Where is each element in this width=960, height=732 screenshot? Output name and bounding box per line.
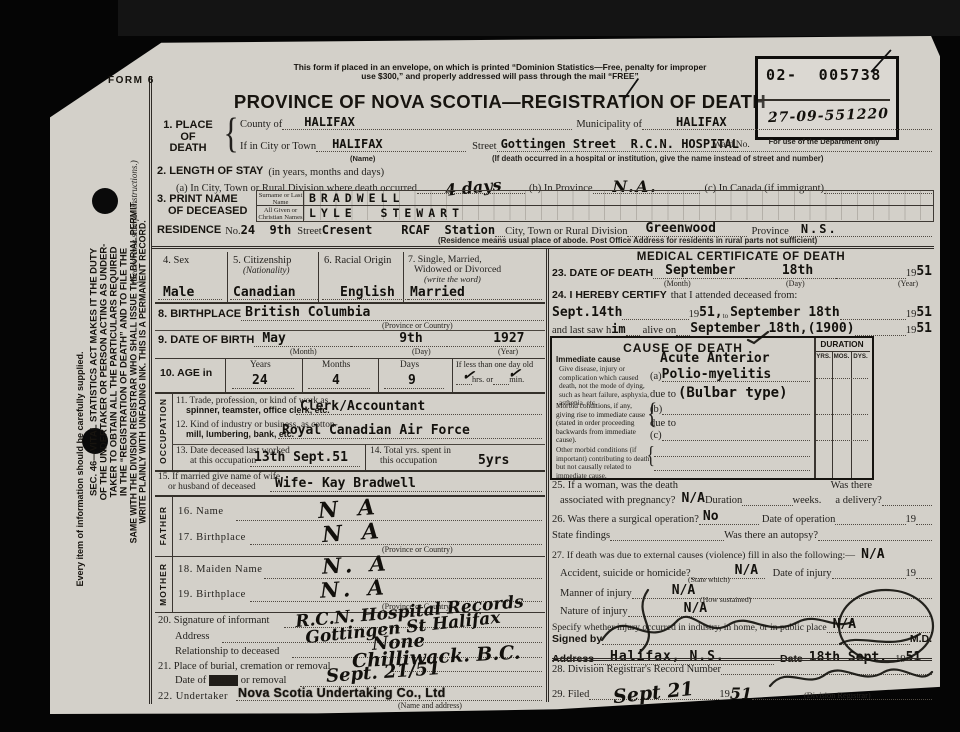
certify-to-label: to (723, 313, 728, 320)
pregnancy-row-1: 25. If a woman, was the death Was there (552, 480, 932, 491)
stay-heading-row: 2. LENGTH OF STAY (in years, months and … (157, 166, 384, 178)
cause-a-due-value: (Bulbar type) (678, 386, 788, 400)
scan-check-mark (746, 330, 770, 344)
age-years-header: Years (250, 361, 271, 371)
mother-side-label: MOTHER (159, 563, 168, 606)
spouse-value: Wife- Kay Bradwell (275, 477, 416, 490)
death-date-row: 23. DATE OF DEATH September 18th 19 51 (552, 264, 932, 279)
birthdate-label: 9. DATE OF BIRTH (158, 335, 254, 347)
certify-heading-row: 24. I HEREBY CERTIFY that I attended dec… (552, 290, 797, 301)
sidebar-divider (149, 76, 152, 704)
pregnancy-label-1: 25. If a woman, was the death (552, 480, 678, 491)
findings-row: State findings Was there an autopsy? (552, 530, 932, 541)
certify-dates-row: Sept.14th 19 51, to September 18th 19 51 (552, 306, 932, 320)
stay-heading: 2. LENGTH OF STAY (157, 166, 263, 178)
mail-note-line2: use $300,” and properly addressed will p… (210, 72, 790, 81)
last-seen-him: im (611, 323, 625, 335)
residence-no-value: 24 9th (241, 224, 292, 236)
residence-division-value: Greenwood (645, 222, 715, 235)
burial-date-label-row: Date of burial or removal (175, 675, 286, 686)
death-year-pre: 19 (906, 268, 917, 279)
age-months-value: 4 (332, 374, 340, 387)
hrs-label: hrs. or (472, 376, 493, 385)
scan-top-shadow (118, 0, 960, 36)
cause-a-value: Polio-myelitis (662, 368, 772, 381)
surname-value: BRADWELL (309, 193, 404, 205)
cause-c-row: (c) (650, 430, 810, 441)
injury-date-label: Date of injury (773, 568, 832, 579)
registrar-signature-scrawl (766, 662, 936, 694)
age-label: 10. AGE in (160, 368, 212, 379)
municipality-label: Municipality of (576, 119, 642, 130)
mother-maiden-label: 18. Maiden Name (178, 564, 263, 575)
certify-label-rest: that I attended deceased from: (671, 290, 798, 301)
certify-to-value: September 18th (730, 306, 840, 319)
death-date-day: 18th (782, 264, 813, 277)
age-check-mark: ✓ (507, 365, 522, 382)
name-heading-2: OF DECEASED (168, 206, 247, 218)
ward-label: Ward No. (713, 141, 750, 151)
external-value: N/A (861, 548, 884, 561)
certify-from-value: Sept.14th (552, 306, 622, 319)
hospital-note: (If death occurred in a hospital or inst… (492, 155, 823, 163)
death-month-caption: (Month) (664, 280, 691, 288)
findings-label: State findings (552, 530, 610, 541)
certify-y2-pre: 19 (906, 309, 917, 320)
industry-value: Royal Canadian Air Force (282, 424, 470, 437)
name-grid: Surname or Last Name All Given or Christ… (256, 190, 934, 222)
cause-a-due-label: due to (650, 389, 676, 400)
father-side-label: FATHER (159, 506, 168, 545)
duration-col-dys: DYS. (852, 354, 869, 360)
city-value: HALIFAX (332, 138, 383, 150)
birthplace-value: British Columbia (245, 306, 370, 319)
page-title: PROVINCE OF NOVA SCOTIA—REGISTRATION OF … (210, 92, 790, 111)
stay-heading-sub: (in years, months and days) (268, 167, 384, 178)
residence-street-label: Street (297, 226, 322, 237)
mother-side-cell: MOTHER (155, 556, 173, 612)
accident-row: Accident, suicide or homicide? N/A Date … (560, 564, 932, 579)
filed-year-pre: 19 (719, 689, 730, 700)
birthplace-label: 8. BIRTHPLACE (158, 309, 241, 321)
section-divider (152, 246, 934, 249)
filed-value: Sept 21 (613, 680, 695, 707)
street-value: Gottingen Street R.C.N. HOSPITAL (501, 138, 739, 150)
informant-address-label: Address (175, 631, 209, 642)
external-row: 27. If death was due to external causes … (552, 548, 932, 561)
place-city-row: If in City or Town HALIFAX Street Gottin… (240, 138, 932, 152)
last-worked-value: 13th Sept.51 (254, 451, 348, 464)
age-days-header: Days (400, 361, 419, 371)
other-morbid-text: Other morbid conditions (if important) c… (556, 446, 650, 480)
father-side-cell: FATHER (155, 496, 173, 556)
place-label: 1. PLACE OF DEATH (157, 120, 219, 155)
operation-value: No (703, 510, 719, 523)
pregnancy-duration-label: Duration (705, 495, 742, 506)
birthdate-month: May (262, 332, 285, 345)
weeks-label: weeks. (793, 495, 822, 506)
father-birthplace-value: N A (321, 520, 385, 546)
form-number: FORM 6 (108, 76, 155, 87)
cause-b-prefix: (b) (650, 404, 662, 415)
autopsy-label: Was there an autopsy? (724, 530, 818, 541)
undertaker-value: Nova Scotia Undertaking Co., Ltd (238, 687, 446, 700)
certify-y2: 51 (916, 306, 932, 319)
father-birthplace-caption: (Province or Country) (382, 546, 453, 554)
last-seen-y3-pre: 19 (906, 325, 917, 336)
birthplace-row: 8. BIRTHPLACE British Columbia (158, 306, 544, 321)
occupation-side-cell: OCCUPATION (155, 392, 173, 470)
residence-row: RESIDENCE No. 24 9th Street Cresent RCAF… (157, 222, 932, 237)
undertaker-caption: (Name and address) (398, 702, 462, 710)
day-caption: (Day) (412, 348, 431, 356)
delivery-label-1: Was there (831, 480, 872, 491)
burial-date-label-2: burial (209, 675, 238, 686)
last-seen-y3: 51 (916, 322, 932, 335)
mail-note: This form if placed in an envelope, on w… (210, 63, 790, 81)
duration-header: DURATION (814, 340, 870, 349)
burial-date-label-3: or removal (241, 675, 287, 686)
certify-y1-pre: 19 (689, 309, 700, 320)
certify-label-bold: 24. I HEREBY CERTIFY (552, 290, 667, 301)
citizenship-value: Canadian (233, 286, 296, 299)
last-seen-label-1: and last saw h (552, 325, 611, 336)
spouse-label-2: or husband of deceased (168, 483, 256, 493)
cause-c-prefix: (c) (650, 430, 662, 441)
place-county-row: County of HALIFAX Municipality of HALIFA… (240, 116, 932, 130)
medical-heading: MEDICAL CERTIFICATE OF DEATH (548, 251, 934, 263)
given-value: LYLE STEWART (309, 208, 464, 220)
birthdate-year: 1927 (493, 332, 524, 345)
name-heading-1: 3. PRINT NAME (157, 194, 238, 206)
age-years-value: 24 (252, 374, 268, 387)
city-label: If in City or Town (240, 141, 316, 152)
pregnancy-row-2: associated with pregnancy? N/A Duration … (560, 492, 932, 506)
year-caption: (Year) (498, 348, 518, 356)
death-year-caption: (Year) (898, 280, 918, 288)
city-name-caption: (Name) (350, 155, 375, 163)
department-stamp-number: 02- 005738 (766, 68, 882, 83)
md-signature-scrawl (590, 582, 940, 668)
sex-label: 4. Sex (163, 255, 189, 266)
cause-a-top-value: Acute Anterior (660, 352, 770, 365)
birthdate-row: 9. DATE OF BIRTH May 9th 1927 (158, 332, 544, 347)
marital-value: Married (410, 286, 465, 299)
cause-b-due-label: due to (650, 418, 676, 429)
accident-label: Accident, suicide or homicide? (560, 568, 691, 579)
month-caption: (Month) (290, 348, 317, 356)
see-reverse-note: (See reverse side for instructions.) (130, 102, 142, 342)
municipality-value: HALIFAX (676, 116, 727, 128)
external-label: 27. If death was due to external causes … (552, 551, 855, 561)
birthdate-day: 9th (399, 332, 422, 345)
residence-street-value: Cresent RCAF Station (322, 224, 495, 236)
scanned-death-certificate: SEC. 46—VITAL STATISTICS ACT MAKES IT TH… (0, 0, 960, 732)
operation-date-label: Date of operation (762, 514, 835, 525)
birthplace-caption: (Province or Country) (382, 322, 453, 330)
death-date-label: 23. DATE OF DEATH (552, 268, 653, 279)
work-value: Clerk/Accountant (300, 400, 425, 413)
total-value: 5yrs (478, 454, 509, 467)
residence-label: RESIDENCE (157, 225, 221, 237)
father-name-label: 16. Name (178, 506, 224, 517)
operation-label: 26. Was there a surgical operation? (552, 514, 699, 525)
county-value: HALIFAX (304, 116, 355, 128)
marital-sub: (write the word) (424, 275, 481, 284)
last-worked-label-2: at this occupation (190, 457, 256, 467)
mother-birthplace-label: 19. Birthplace (178, 589, 246, 600)
informant-label: 20. Signature of informant (158, 615, 269, 626)
filed-label: 29. Filed (552, 689, 589, 700)
age-days-value: 9 (408, 374, 416, 387)
certify-y1: 51, (699, 306, 722, 319)
place-brace: { (224, 112, 239, 156)
undertaker-label: 22. Undertaker (158, 691, 228, 702)
duration-col-yrs: YRS. (815, 354, 832, 360)
cause-a-row: (a) Polio-myelitis (650, 368, 810, 382)
accident-value: N/A (735, 564, 758, 577)
relationship-label: Relationship to deceased (175, 646, 279, 657)
operation-year-pre: 19 (906, 514, 917, 525)
column-divider (546, 249, 549, 702)
age-months-header: Months (322, 361, 350, 371)
county-label: County of (240, 119, 282, 130)
residence-province-value: N.S. (801, 223, 838, 235)
every-item-note: Every item of information should be care… (76, 299, 88, 639)
death-day-caption: (Day) (786, 280, 805, 288)
duration-col-mos: MOS. (833, 354, 850, 360)
age-check-mark: ✓ (461, 367, 476, 384)
racial-origin-value: English (340, 286, 395, 299)
father-birthplace-label: 17. Birthplace (178, 532, 246, 543)
sex-value: Male (163, 286, 194, 299)
mother-birthplace-value: N. A (319, 576, 389, 601)
death-date-month: September (665, 264, 735, 277)
surname-label: Surname or Last Name (258, 193, 303, 206)
given-label: All Given or Christian Names (258, 208, 303, 221)
residence-note: (Residence means usual place of abode. P… (438, 237, 817, 245)
residence-no-label: No. (225, 226, 240, 237)
injury-year-pre: 19 (906, 568, 917, 579)
cause-b-row: (b) (650, 404, 810, 415)
pregnancy-value: N/A (681, 492, 704, 505)
last-seen-label-2: alive on (643, 325, 677, 336)
last-seen-value: September 18th,(1900) (690, 322, 854, 335)
delivery-label-2: a delivery? (835, 495, 881, 506)
operation-row: 26. Was there a surgical operation? No D… (552, 510, 932, 525)
street-label: Street (472, 141, 497, 152)
total-label-2: this occupation (380, 457, 437, 467)
morbid-text: Morbid conditions, if any, giving rise t… (556, 402, 650, 445)
cause-of-death-box: CAUSE OF DEATH DURATION YRS. MOS. DYS. I… (550, 336, 874, 480)
burial-date-label-1: Date of (175, 675, 206, 686)
cause-a-prefix: (a) (650, 371, 662, 382)
citizenship-sub: (Nationality) (243, 266, 290, 275)
racial-origin-label: 6. Racial Origin (324, 255, 391, 266)
occupation-side-label: OCCUPATION (159, 398, 168, 464)
death-date-year: 51 (916, 265, 932, 278)
burial-label: 21. Place of burial, cremation or remova… (158, 661, 331, 672)
cause-a-due-row: due to (Bulbar type) (650, 386, 788, 400)
filed-year: 51 (730, 686, 752, 702)
last-seen-row: and last saw h im alive on September 18t… (552, 322, 932, 336)
mother-maiden-value: N. A (321, 552, 391, 577)
pregnancy-label-2: associated with pregnancy? (560, 495, 675, 506)
